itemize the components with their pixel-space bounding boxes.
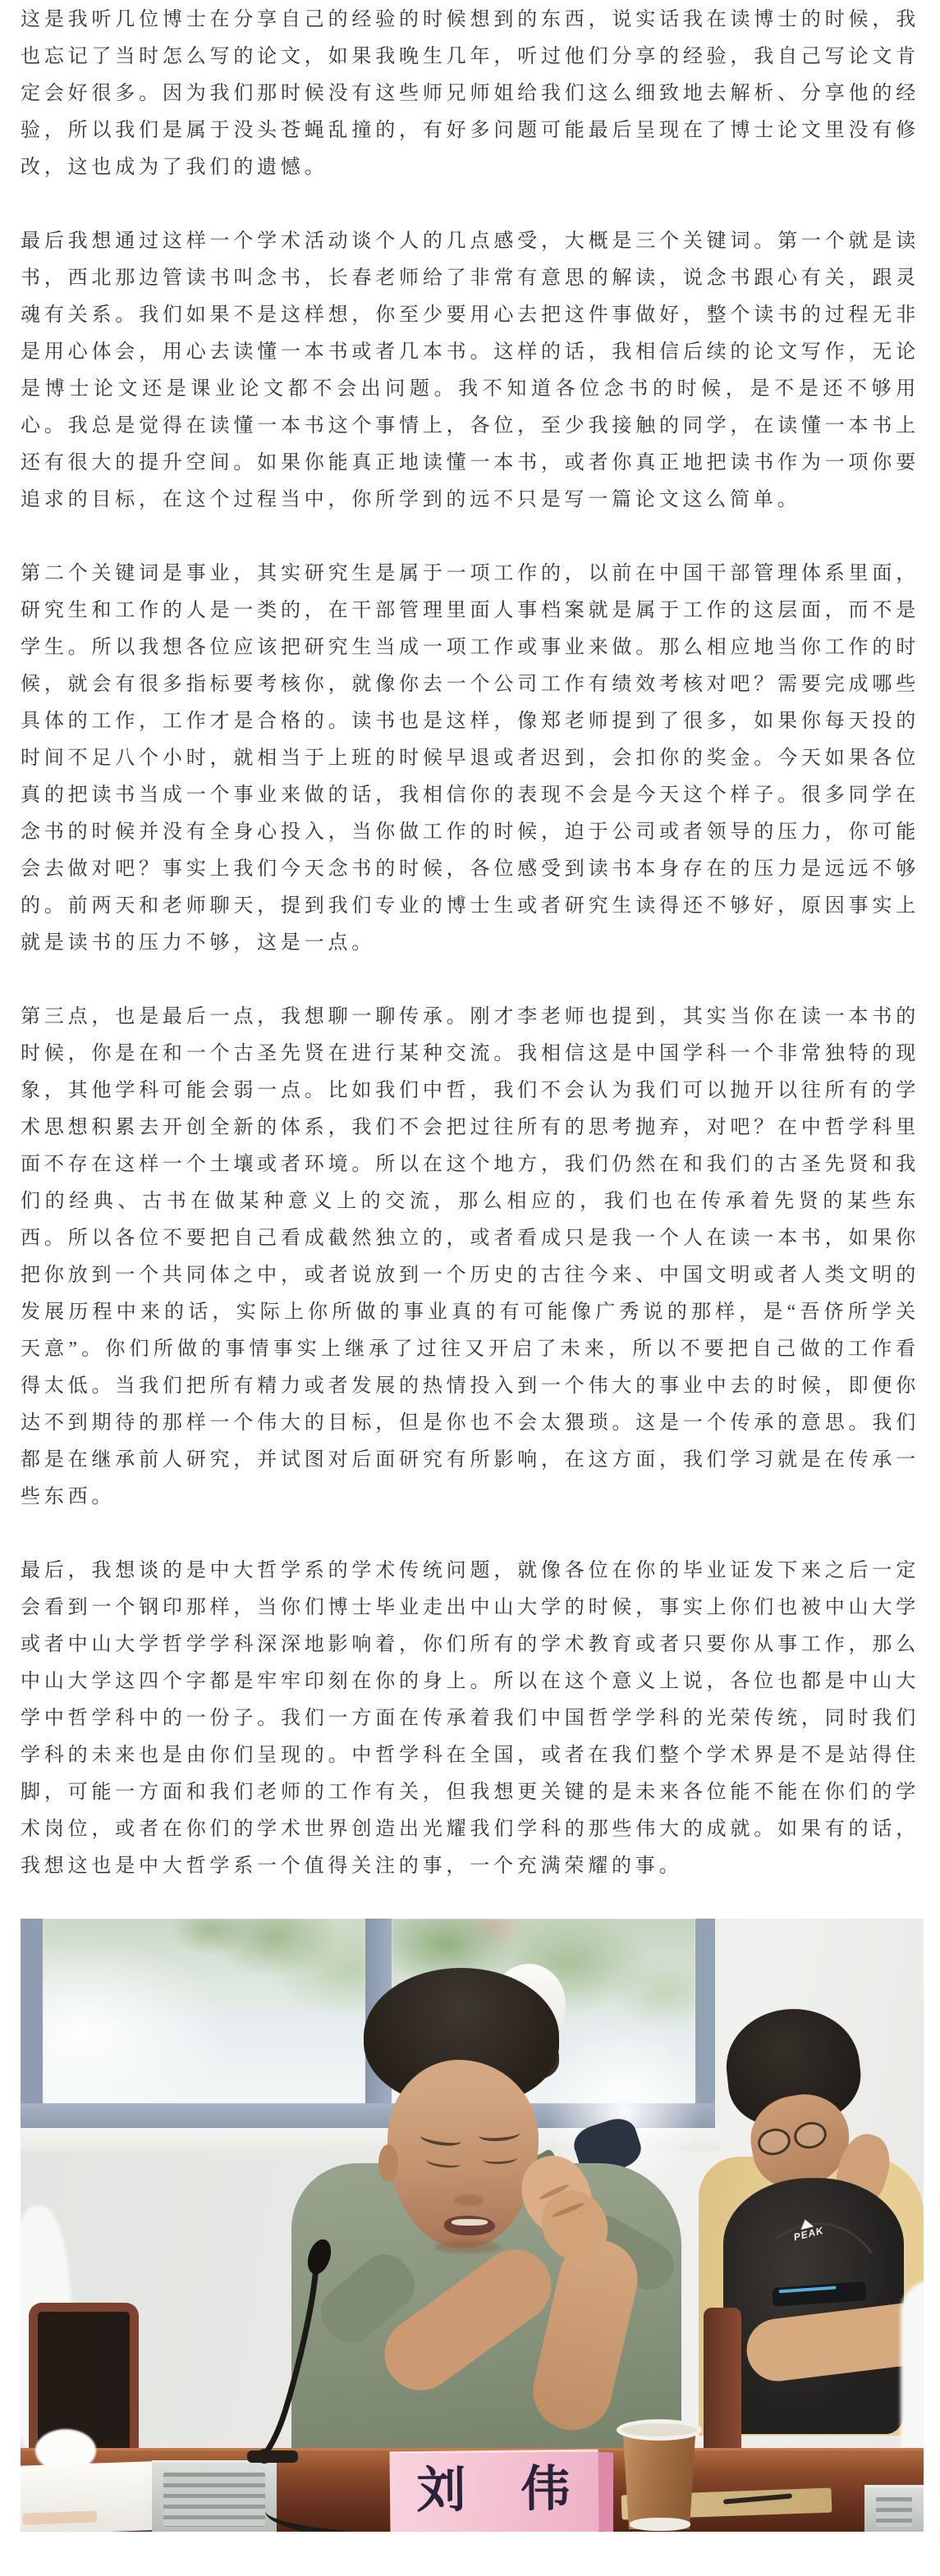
speaker-mouth [444,2216,495,2235]
tissue-box-print [23,2511,97,2525]
desk-speaker-panel-right [864,2485,924,2532]
speaker-chin-shadow [435,2240,501,2253]
paragraph-5: 最后，我想谈的是中大哲学系的学术传统问题，就像各位在你的毕业证发下来之后一定会看… [21,1553,919,1885]
gooseneck-microphone [224,2235,339,2473]
window-frame-left [21,1919,43,2128]
paragraph-2: 最后我想通过这样一个学术活动谈个人的几点感受，大概是三个关键词。第一个就是读书，… [21,223,919,519]
smartphone-screen [779,2286,837,2294]
article-body: 这是我听几位博士在分享自己的经验的时候想到的东西，说实话我在读博士的时候，我也忘… [0,0,940,2532]
paragraph-3: 第二个关键词是事业，其实研究生是属于一项工作的，以前在中国干部管理体系里面，研究… [21,556,919,962]
paragraph-4: 第三点，也是最后一点，我想聊一聊传承。刚才李老师也提到，其实当你在读一本书的时候… [21,999,919,1516]
panel-slats [163,2473,265,2527]
speaker-nose-shadow [454,2194,484,2206]
wooden-chair-middle [704,2308,741,2455]
paper-cup-base [630,2518,690,2531]
window-pane-left [43,1919,365,2103]
paragraph-1: 这是我听几位博士在分享自己的经验的时候想到的东西，说实话我在读博士的时候，我也忘… [21,2,919,186]
name-card-text: 刘 伟 [390,2462,599,2519]
tissue-box [21,2461,159,2532]
paper-cup-opening [621,2423,697,2436]
article-page: { "article": { "paragraphs": [ "这是我听几位博士… [0,0,940,2539]
name-card: 刘 伟 [389,2450,598,2532]
panel-slats [876,2497,912,2527]
meeting-photo[interactable]: PEAK [21,1919,924,2532]
speaker-ear [378,2144,398,2182]
paper-cup-rim [617,2419,702,2441]
speaker-teeth [452,2219,488,2226]
paper-cup [618,2427,700,2529]
